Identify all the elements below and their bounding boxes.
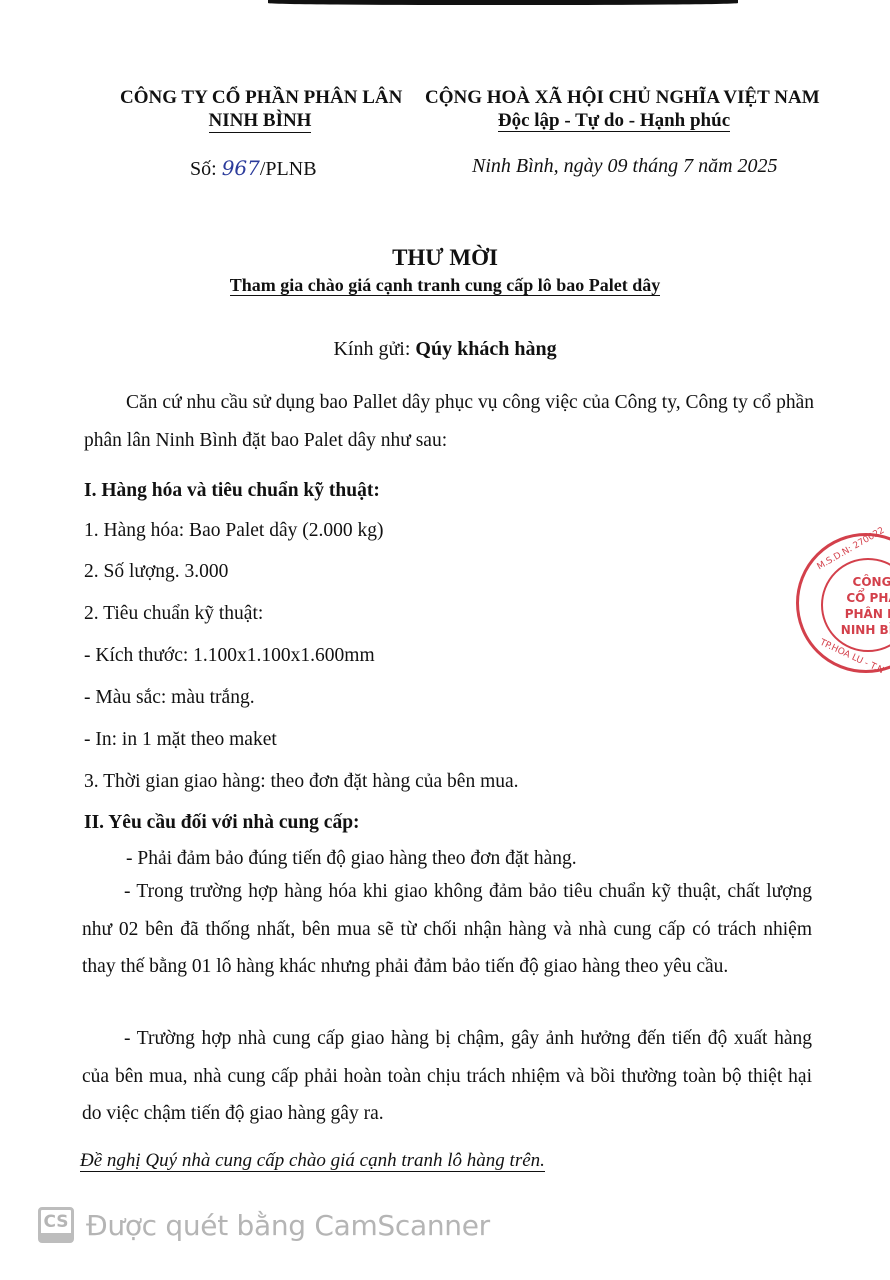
page-title: THƯ MỜI: [0, 245, 890, 271]
camscanner-watermark: CS Được quét bằng CamScanner: [38, 1207, 490, 1243]
section2-heading: II. Yêu cầu đối với nhà cung cấp:: [84, 812, 814, 834]
watermark-text: Được quét bằng CamScanner: [86, 1209, 490, 1242]
seal-line: CÔNG: [827, 574, 890, 590]
handwritten-number: 967: [222, 156, 260, 180]
section1-item: - Kích thước: 1.100x1.100x1.600mm: [84, 645, 814, 667]
page-subtitle: Tham gia chào giá cạnh tranh cung cấp lô…: [0, 275, 890, 296]
section2-item: - Phải đảm bảo đúng tiến độ giao hàng th…: [126, 848, 856, 870]
camscanner-logo-icon: CS: [38, 1207, 74, 1243]
document-number: Số: 967/PLNB: [190, 156, 317, 181]
section1-item: - Màu sắc: màu trắng.: [84, 687, 814, 709]
national-motto: Độc lập - Tự do - Hạnh phúc: [425, 110, 803, 132]
seal-line: NINH BÌN: [827, 622, 890, 638]
seal-line: CỔ PHA: [827, 590, 890, 606]
org-name-line1: CÔNG TY CỔ PHẦN PHÂN LÂN: [120, 87, 400, 109]
section2-item: - Trong trường hợp hàng hóa khi giao khô…: [82, 873, 812, 986]
place-date: Ninh Bình, ngày 09 tháng 7 năm 2025: [472, 155, 778, 178]
section1-item: 2. Tiêu chuẩn kỹ thuật:: [84, 603, 814, 625]
scan-edge-bar: [268, 0, 738, 5]
section1-item: 2. Số lượng. 3.000: [84, 561, 814, 583]
national-title: CỘNG HOÀ XÃ HỘI CHỦ NGHĨA VIỆT NAM: [425, 87, 803, 109]
greeting: Kính gửi: Qúy khách hàng: [0, 338, 890, 361]
seal-line: PHÂN L.: [827, 606, 890, 622]
closing-request: Đề nghị Quý nhà cung cấp chào giá cạnh t…: [80, 1150, 545, 1172]
section1-item: 3. Thời gian giao hàng: theo đơn đặt hàn…: [84, 771, 814, 793]
section1-heading: I. Hàng hóa và tiêu chuẩn kỹ thuật:: [84, 480, 814, 502]
org-name-line2: NINH BÌNH: [120, 110, 400, 132]
section1-item: - In: in 1 mặt theo maket: [84, 729, 814, 751]
section1-item: 1. Hàng hóa: Bao Palet dây (2.000 kg): [84, 520, 814, 542]
intro-paragraph: Căn cứ nhu cầu sử dụng bao Pallet dây ph…: [84, 384, 814, 459]
section2-item: - Trường hợp nhà cung cấp giao hàng bị c…: [82, 1020, 812, 1133]
